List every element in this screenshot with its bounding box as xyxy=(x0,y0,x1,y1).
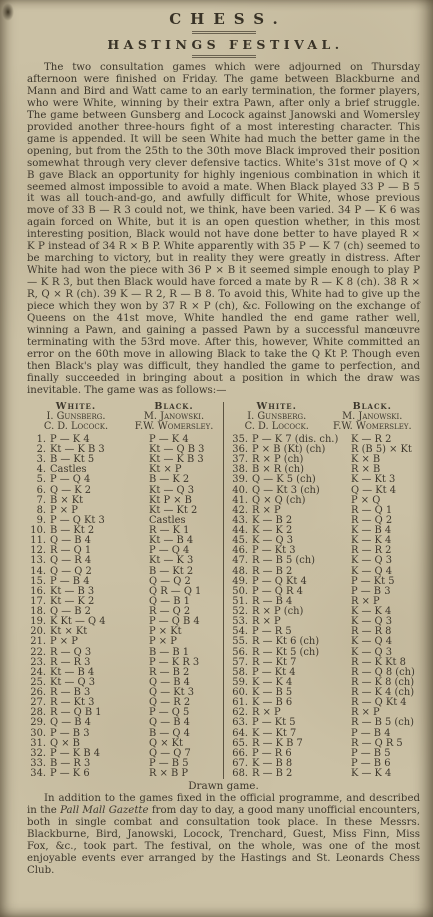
white-move: P — Q 4 xyxy=(50,475,149,485)
black-move: R × B P xyxy=(149,769,223,779)
white-move: R — B 5 (ch) xyxy=(252,556,351,566)
black-move: P × P xyxy=(149,637,223,647)
black-move: Q — B 4 xyxy=(149,718,223,728)
black-move: K — Q 3 xyxy=(351,556,420,566)
white-move: Q — R 4 xyxy=(50,556,149,566)
white-move: Q — K 5 (ch) xyxy=(252,475,351,485)
white-header: White. I. Gunsberg. C. D. Locock. xyxy=(229,402,325,433)
divider-rule-sub xyxy=(192,55,256,58)
move-row: 21.P × PP × P xyxy=(27,637,223,647)
white-move: P — Kt 5 xyxy=(252,718,351,728)
black-move: K — Kt 3 xyxy=(351,475,420,485)
moves-column-left: White. I. Gunsberg. C. D. Locock. Black.… xyxy=(27,402,223,779)
table-header-left: White. I. Gunsberg. C. D. Locock. Black.… xyxy=(27,402,223,433)
move-number: 47. xyxy=(229,556,252,566)
article-headline: HASTINGS FESTIVAL. xyxy=(27,37,420,52)
masthead: CHESS. HASTINGS FESTIVAL. xyxy=(27,10,420,58)
closing-paragraph: In addition to the games fixed in the of… xyxy=(27,793,420,877)
move-number: 55. xyxy=(229,637,252,647)
game-result: Drawn game. xyxy=(27,780,420,792)
move-row: 63.P — Kt 5R — B 5 (ch) xyxy=(229,718,420,728)
move-row: 34.P — K 6R × B P xyxy=(27,769,223,779)
move-number: 63. xyxy=(229,718,252,728)
game-score-table: White. I. Gunsberg. C. D. Locock. Black.… xyxy=(27,402,420,779)
publication-name: Pall Mall Gazette xyxy=(60,805,148,816)
move-row: 29.Q — B 4Q — B 4 xyxy=(27,718,223,728)
white-move: Q — B 4 xyxy=(50,718,149,728)
table-header-right: White. I. Gunsberg. C. D. Locock. Black.… xyxy=(229,402,420,433)
moves-column-right: White. I. Gunsberg. C. D. Locock. Black.… xyxy=(223,402,420,779)
white-move: R — B 2 xyxy=(252,769,351,779)
black-header: Black. M. Janowski. F.W. Womersley. xyxy=(125,402,223,433)
black-move: Kt — K 3 xyxy=(149,556,223,566)
newspaper-page: CHESS. HASTINGS FESTIVAL. The two consul… xyxy=(0,0,433,917)
black-move: B — K 2 xyxy=(149,475,223,485)
move-row: 5.P — Q 4B — K 2 xyxy=(27,475,223,485)
move-number: 68. xyxy=(229,769,252,779)
move-number: 5. xyxy=(27,475,50,485)
move-row: 55.R — Kt 6 (ch)K — Q 4 xyxy=(229,637,420,647)
black-move: R — B 5 (ch) xyxy=(351,718,420,728)
move-number: 13. xyxy=(27,556,50,566)
black-player-2: F.W. Womersley. xyxy=(125,422,223,433)
move-row: 68.R — B 2K — K 4 xyxy=(229,769,420,779)
black-header: Black. M. Janowski. F.W. Womersley. xyxy=(325,402,421,433)
article: CHESS. HASTINGS FESTIVAL. The two consul… xyxy=(0,0,433,877)
intro-paragraph: The two consultation games which were ad… xyxy=(27,62,420,397)
move-number: 21. xyxy=(27,637,50,647)
white-player-2: C. D. Locock. xyxy=(27,422,125,433)
moves-list-left: 1.P — K 4P — K 42.Kt — K B 3Kt — Q B 33.… xyxy=(27,435,223,779)
move-number: 39. xyxy=(229,475,252,485)
intro-text: The two consultation games which were ad… xyxy=(27,62,420,396)
black-move: K — K 4 xyxy=(351,769,420,779)
black-move: K — Q 4 xyxy=(351,637,420,647)
white-move: P × P xyxy=(50,637,149,647)
white-move: R — Kt 6 (ch) xyxy=(252,637,351,647)
move-number: 34. xyxy=(27,769,50,779)
white-move: P — K 6 xyxy=(50,769,149,779)
move-row: 47.R — B 5 (ch)K — Q 3 xyxy=(229,556,420,566)
column-title: CHESS. xyxy=(27,10,420,28)
moves-list-right: 35.P — K 7 (dis. ch.)K — R 236.P × B (Kt… xyxy=(229,435,420,779)
white-header: White. I. Gunsberg. C. D. Locock. xyxy=(27,402,125,433)
black-player-2: F.W. Womersley. xyxy=(325,422,421,433)
move-row: 39.Q — K 5 (ch)K — Kt 3 xyxy=(229,475,420,485)
white-player-2: C. D. Locock. xyxy=(229,422,325,433)
move-row: 13.Q — R 4Kt — K 3 xyxy=(27,556,223,566)
divider-rule-top xyxy=(192,31,256,34)
move-number: 29. xyxy=(27,718,50,728)
